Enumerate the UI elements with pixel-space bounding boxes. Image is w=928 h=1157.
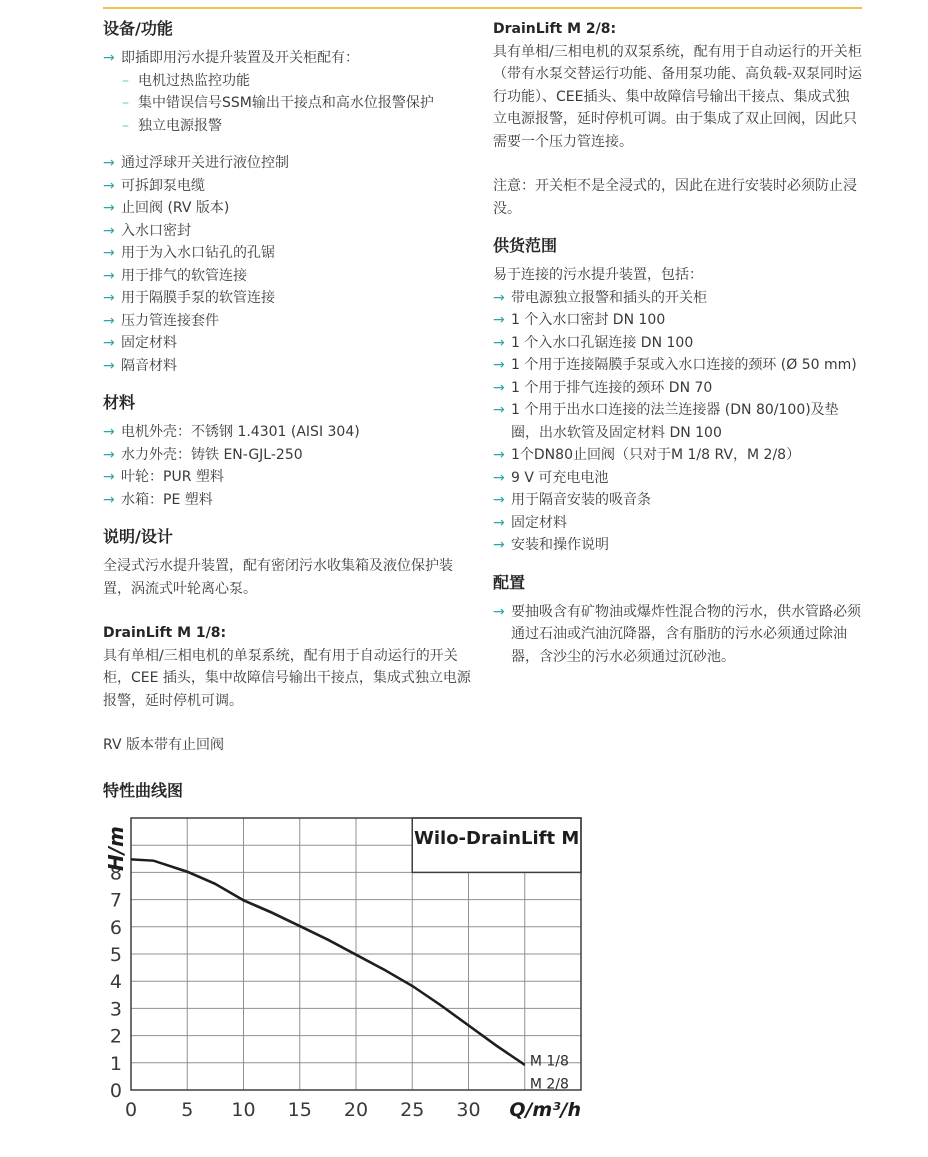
y-tick-label: 4: [110, 971, 122, 993]
list-item-text: 隔音材料: [121, 355, 471, 378]
list-item-text: 1 个入水口密封 DN 100: [511, 309, 863, 332]
list-item: →可拆卸泵电缆: [103, 175, 471, 198]
arrow-bullet-icon: →: [103, 265, 121, 288]
dash-bullet-icon: –: [122, 70, 138, 93]
list-item: →止回阀 (RV 版本): [103, 197, 471, 220]
list-item: →用于隔音安装的吸音条: [493, 489, 863, 512]
list-item-text: 电机外壳：不锈钢 1.4301 (AISI 304): [121, 421, 471, 444]
list-item: →要抽吸含有矿物油或爆炸性混合物的污水，供水管路必须通过石油或汽油沉降器，含有脂…: [493, 601, 863, 669]
list-item-text: 止回阀 (RV 版本): [121, 197, 471, 220]
list-item: →通过浮球开关进行液位控制: [103, 152, 471, 175]
arrow-bullet-icon: →: [103, 466, 121, 489]
list-item-text: 通过浮球开关进行液位控制: [121, 152, 471, 175]
list-item-text: 入水口密封: [121, 220, 471, 243]
y-tick-label: 3: [110, 998, 122, 1020]
arrow-bullet-icon: →: [493, 309, 511, 332]
list-item-text: 固定材料: [511, 512, 863, 535]
list-item: →叶轮：PUR 塑料: [103, 466, 471, 489]
list-item: →水箱：PE 塑料: [103, 489, 471, 512]
list-item-text: 用于排气的软管连接: [121, 265, 471, 288]
curve-M-1-8: [131, 859, 525, 1064]
list-item: →1 个用于连接隔膜手泵或入水口连接的颈环 (Ø 50 mm): [493, 354, 863, 377]
list-item: →1 个用于排气连接的颈环 DN 70: [493, 377, 863, 400]
arrow-bullet-icon: →: [103, 355, 121, 378]
arrow-bullet-icon: →: [493, 332, 511, 355]
x-axis-title: Q/m³/h: [509, 1099, 581, 1121]
list-item: →9 V 可充电电池: [493, 467, 863, 490]
design-description: 全浸式污水提升装置，配有密闭污水收集箱及液位保护装置，涡流式叶轮离心泵。: [103, 555, 471, 600]
list-item-text: 可拆卸泵电缆: [121, 175, 471, 198]
list-item-text: 带电源独立报警和插头的开关柜: [511, 287, 863, 310]
curve-M-2-8: [131, 860, 525, 1066]
chart-section: 特性曲线图 Wilo-DrainLift MM 1/8M 2/805101520…: [103, 780, 595, 1132]
arrow-bullet-icon: →: [103, 332, 121, 355]
arrow-bullet-icon: →: [493, 489, 511, 512]
section-title-delivery: 供货范围: [493, 235, 863, 257]
delivery-intro: 易于连接的污水提升装置，包括：: [493, 264, 863, 287]
dash-bullet-icon: –: [122, 92, 138, 115]
list-item-text: 水力外壳：铸铁 EN-GJL-250: [121, 444, 471, 467]
x-tick-label: 0: [125, 1099, 137, 1121]
list-item: →用于隔膜手泵的软管连接: [103, 287, 471, 310]
caution-note: 注意：开关柜不是全浸式的，因此在进行安装时必须防止浸没。: [493, 175, 863, 220]
list-item-text: 1个DN80止回阀（只对于M 1/8 RV，M 2/8）: [511, 444, 863, 467]
y-tick-label: 1: [110, 1053, 122, 1075]
arrow-bullet-icon: →: [103, 242, 121, 265]
section-title-materials: 材料: [103, 392, 471, 414]
list-item: →带电源独立报警和插头的开关柜: [493, 287, 863, 310]
list-item: →固定材料: [103, 332, 471, 355]
list-item-text: 固定材料: [121, 332, 471, 355]
section-title-config: 配置: [493, 572, 863, 594]
list-item: →电机外壳：不锈钢 1.4301 (AISI 304): [103, 421, 471, 444]
spacer: [103, 137, 471, 152]
arrow-bullet-icon: →: [103, 287, 121, 310]
arrow-bullet-icon: →: [103, 175, 121, 198]
list-subitem: – 集中错误信号SSM输出干接点和高水位报警保护: [103, 92, 471, 115]
x-tick-label: 25: [400, 1099, 424, 1121]
list-subitem-text: 集中错误信号SSM输出干接点和高水位报警保护: [138, 92, 471, 115]
curve-label: M 1/8: [530, 1053, 569, 1069]
m28-title: DrainLift M 2/8:: [493, 18, 863, 41]
arrow-bullet-icon: →: [493, 287, 511, 310]
list-item-text: 1 个用于排气连接的颈环 DN 70: [511, 377, 863, 400]
list-item-text: 叶轮：PUR 塑料: [121, 466, 471, 489]
right-column: DrainLift M 2/8: 具有单相/三相电机的双泵系统，配有用于自动运行…: [493, 18, 863, 757]
y-tick-label: 5: [110, 944, 122, 966]
list-item: →固定材料: [493, 512, 863, 535]
x-tick-label: 30: [456, 1099, 480, 1121]
m18-title: DrainLift M 1/8:: [103, 622, 471, 645]
legend-label: Wilo-DrainLift M: [414, 828, 579, 849]
arrow-bullet-icon: →: [493, 512, 511, 535]
list-item: → 即插即用污水提升装置及开关柜配有：: [103, 47, 471, 70]
arrow-bullet-icon: →: [103, 489, 121, 512]
y-tick-label: 6: [110, 917, 122, 939]
arrow-bullet-icon: →: [103, 310, 121, 333]
y-tick-label: 0: [110, 1080, 122, 1102]
arrow-bullet-icon: →: [103, 421, 121, 444]
list-item-text: 压力管连接套件: [121, 310, 471, 333]
y-tick-label: 7: [110, 890, 122, 912]
arrow-bullet-icon: →: [103, 444, 121, 467]
m28-description: 具有单相/三相电机的双泵系统，配有用于自动运行的开关柜（带有水泵交替运行功能、备…: [493, 41, 863, 154]
list-subitem-text: 独立电源报警: [138, 115, 471, 138]
list-item-text: 用于隔音安装的吸音条: [511, 489, 863, 512]
list-item-text: 用于为入水口钻孔的孔锯: [121, 242, 471, 265]
arrow-bullet-icon: →: [103, 47, 121, 70]
performance-curve-chart: Wilo-DrainLift MM 1/8M 2/805101520253001…: [103, 812, 595, 1132]
list-item-text: 用于隔膜手泵的软管连接: [121, 287, 471, 310]
m18-block: DrainLift M 1/8: 具有单相/三相电机的单泵系统，配有用于自动运行…: [103, 622, 471, 712]
list-item: →隔音材料: [103, 355, 471, 378]
dash-bullet-icon: –: [122, 115, 138, 138]
list-item: →用于为入水口钻孔的孔锯: [103, 242, 471, 265]
datasheet-page: 设备/功能 → 即插即用污水提升装置及开关柜配有： – 电机过热监控功能 – 集…: [0, 0, 928, 1157]
list-subitem: – 电机过热监控功能: [103, 70, 471, 93]
x-tick-label: 20: [344, 1099, 368, 1121]
y-tick-label: 2: [110, 1026, 122, 1048]
list-item: →压力管连接套件: [103, 310, 471, 333]
list-item-text: 水箱：PE 塑料: [121, 489, 471, 512]
chart-title: 特性曲线图: [103, 780, 595, 802]
x-tick-label: 15: [288, 1099, 312, 1121]
curve-label: M 2/8: [530, 1077, 569, 1093]
list-item-text: 安装和操作说明: [511, 534, 863, 557]
list-item-text: 1 个用于连接隔膜手泵或入水口连接的颈环 (Ø 50 mm): [511, 354, 863, 377]
arrow-bullet-icon: →: [103, 220, 121, 243]
arrow-bullet-icon: →: [493, 534, 511, 557]
list-item-text: 要抽吸含有矿物油或爆炸性混合物的污水，供水管路必须通过石油或汽油沉降器，含有脂肪…: [511, 601, 863, 669]
arrow-bullet-icon: →: [493, 444, 511, 467]
x-tick-label: 10: [231, 1099, 255, 1121]
list-item: →用于排气的软管连接: [103, 265, 471, 288]
list-item: →入水口密封: [103, 220, 471, 243]
list-subitem: – 独立电源报警: [103, 115, 471, 138]
list-subitem-text: 电机过热监控功能: [138, 70, 471, 93]
arrow-bullet-icon: →: [493, 467, 511, 490]
list-item: →1个DN80止回阀（只对于M 1/8 RV，M 2/8）: [493, 444, 863, 467]
arrow-bullet-icon: →: [493, 377, 511, 400]
list-item-text: 即插即用污水提升装置及开关柜配有：: [121, 47, 471, 70]
list-item: →1 个用于出水口连接的法兰连接器 (DN 80/100)及垫圈，出水软管及固定…: [493, 399, 863, 444]
section-title-design: 说明/设计: [103, 526, 471, 548]
arrow-bullet-icon: →: [493, 354, 511, 377]
arrow-bullet-icon: →: [103, 197, 121, 220]
list-item: →水力外壳：铸铁 EN-GJL-250: [103, 444, 471, 467]
left-column: 设备/功能 → 即插即用污水提升装置及开关柜配有： – 电机过热监控功能 – 集…: [103, 18, 471, 757]
y-axis-title: H/m: [104, 826, 128, 871]
rv-note: RV 版本带有止回阀: [103, 734, 471, 757]
arrow-bullet-icon: →: [103, 152, 121, 175]
arrow-bullet-icon: →: [493, 601, 511, 624]
list-item: →1 个入水口密封 DN 100: [493, 309, 863, 332]
m18-description: 具有单相/三相电机的单泵系统，配有用于自动运行的开关柜，CEE 插头，集中故障信…: [103, 645, 471, 713]
list-item: →安装和操作说明: [493, 534, 863, 557]
list-item-text: 9 V 可充电电池: [511, 467, 863, 490]
accent-divider-line: [103, 7, 862, 9]
section-title-features: 设备/功能: [103, 18, 471, 40]
list-item: →1 个入水口孔锯连接 DN 100: [493, 332, 863, 355]
arrow-bullet-icon: →: [493, 399, 511, 422]
list-item-text: 1 个用于出水口连接的法兰连接器 (DN 80/100)及垫圈，出水软管及固定材…: [511, 399, 863, 444]
list-item-text: 1 个入水口孔锯连接 DN 100: [511, 332, 863, 355]
x-tick-label: 5: [181, 1099, 193, 1121]
content-columns: 设备/功能 → 即插即用污水提升装置及开关柜配有： – 电机过热监控功能 – 集…: [103, 18, 863, 757]
